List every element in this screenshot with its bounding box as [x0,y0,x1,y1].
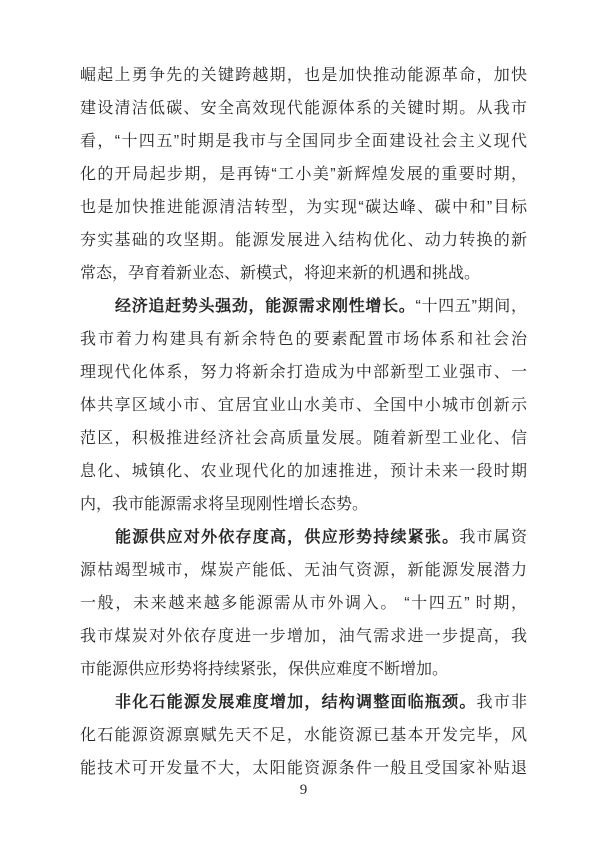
body-text: 化石能源资源禀赋先天不足，水能资源已基本开发完毕，风 [80,727,527,744]
text-line: 源枯竭型城市，煤炭产能低、无油气资源，新能源发展潜力 [80,554,527,587]
text-line: 范区，积极推进经济社会高质量发展。随着新型工业化、信 [80,422,527,455]
text-line: 我市煤炭对外依存度进一步增加，油气需求进一步提高，我 [80,620,527,653]
document-page: 崛起上勇争先的关键跨越期，也是加快推动能源革命，加快建设清洁低碳、安全高效现代能… [0,0,605,854]
text-line: 经济追赶势头强劲，能源需求刚性增长。“十四五”期间， [80,290,527,323]
body-text: 源枯竭型城市，煤炭产能低、无油气资源，新能源发展潜力 [80,562,527,579]
body-text: 能技术可开发量不大，太阳能资源条件一般且受国家补贴退 [80,760,527,777]
body-text: “十四五”期间， [415,298,527,315]
body-text: 理现代化体系，努力将新余打造成为中部新型工业强市、一 [80,364,527,381]
text-line: 看，“十四五”时期是我市与全国同步全面建设社会主义现代 [80,125,527,158]
body-text: 夯实基础的攻坚期。能源发展进入结构优化、动力转换的新 [80,232,527,249]
body-text: 一般，未来越来越多能源需从市外调入。 “十四五” 时期， [80,595,527,612]
body-text: 我市着力构建具有新余特色的要素配置市场体系和社会治 [80,331,527,348]
text-line: 市能源供应形势将持续紧张，保供应难度不断增加。 [80,653,527,686]
text-line: 常态，孕育着新业态、新模式，将迎来新的机遇和挑战。 [80,257,527,290]
text-line: 内，我市能源需求将呈现刚性增长态势。 [80,488,527,521]
body-text: 市能源供应形势将持续紧张，保供应难度不断增加。 [80,661,448,678]
body-text: 建设清洁低碳、安全高效现代能源体系的关键时期。从我市 [80,100,527,117]
body-text: 我市属资 [459,529,527,546]
body-text: 我市非 [477,694,527,711]
text-line: 能源供应对外依存度高，供应形势持续紧张。我市属资 [80,521,527,554]
body-text: 看，“十四五”时期是我市与全国同步全面建设社会主义现代 [80,133,527,150]
text-line: 也是加快推进能源清洁转型，为实现“碳达峰、碳中和”目标 [80,191,527,224]
body-text: 息化、城镇化、农业现代化的加速推进，预计未来一段时期 [80,463,527,480]
body-text: 内，我市能源需求将呈现刚性增长态势。 [80,496,368,513]
text-line: 化石能源资源禀赋先天不足，水能资源已基本开发完毕，风 [80,719,527,752]
body-text: 也是加快推进能源清洁转型，为实现“碳达峰、碳中和”目标 [80,199,527,216]
text-line: 夯实基础的攻坚期。能源发展进入结构优化、动力转换的新 [80,224,527,257]
body-text: 化的开局起步期，是再铸“工小美”新辉煌发展的重要时期， [80,166,527,183]
body-text: 体共享区域小市、宜居宜业山水美市、全国中小城市创新示 [80,397,527,414]
text-line: 建设清洁低碳、安全高效现代能源体系的关键时期。从我市 [80,92,527,125]
document-text: 崛起上勇争先的关键跨越期，也是加快推动能源革命，加快建设清洁低碳、安全高效现代能… [80,59,527,785]
text-line: 我市着力构建具有新余特色的要素配置市场体系和社会治 [80,323,527,356]
paragraph-lead-bold-text: 经济追赶势头强劲，能源需求刚性增长。 [115,298,415,315]
text-line: 一般，未来越来越多能源需从市外调入。 “十四五” 时期， [80,587,527,620]
body-text: 常态，孕育着新业态、新模式，将迎来新的机遇和挑战。 [80,265,480,282]
text-line: 体共享区域小市、宜居宜业山水美市、全国中小城市创新示 [80,389,527,422]
text-line: 理现代化体系，努力将新余打造成为中部新型工业强市、一 [80,356,527,389]
text-line: 非化石能源发展难度增加，结构调整面临瓶颈。我市非 [80,686,527,719]
paragraph-lead-bold-text: 非化石能源发展难度增加，结构调整面临瓶颈。 [115,694,477,711]
text-line: 崛起上勇争先的关键跨越期，也是加快推动能源革命，加快 [80,59,527,92]
text-line: 化的开局起步期，是再铸“工小美”新辉煌发展的重要时期， [80,158,527,191]
text-line: 息化、城镇化、农业现代化的加速推进，预计未来一段时期 [80,455,527,488]
body-text: 崛起上勇争先的关键跨越期，也是加快推动能源革命，加快 [80,67,527,84]
paragraph-lead-bold-text: 能源供应对外依存度高，供应形势持续紧张。 [115,529,459,546]
body-text: 我市煤炭对外依存度进一步增加，油气需求进一步提高，我 [80,628,527,645]
body-text: 范区，积极推进经济社会高质量发展。随着新型工业化、信 [80,430,527,447]
page-number: 9 [80,779,527,801]
